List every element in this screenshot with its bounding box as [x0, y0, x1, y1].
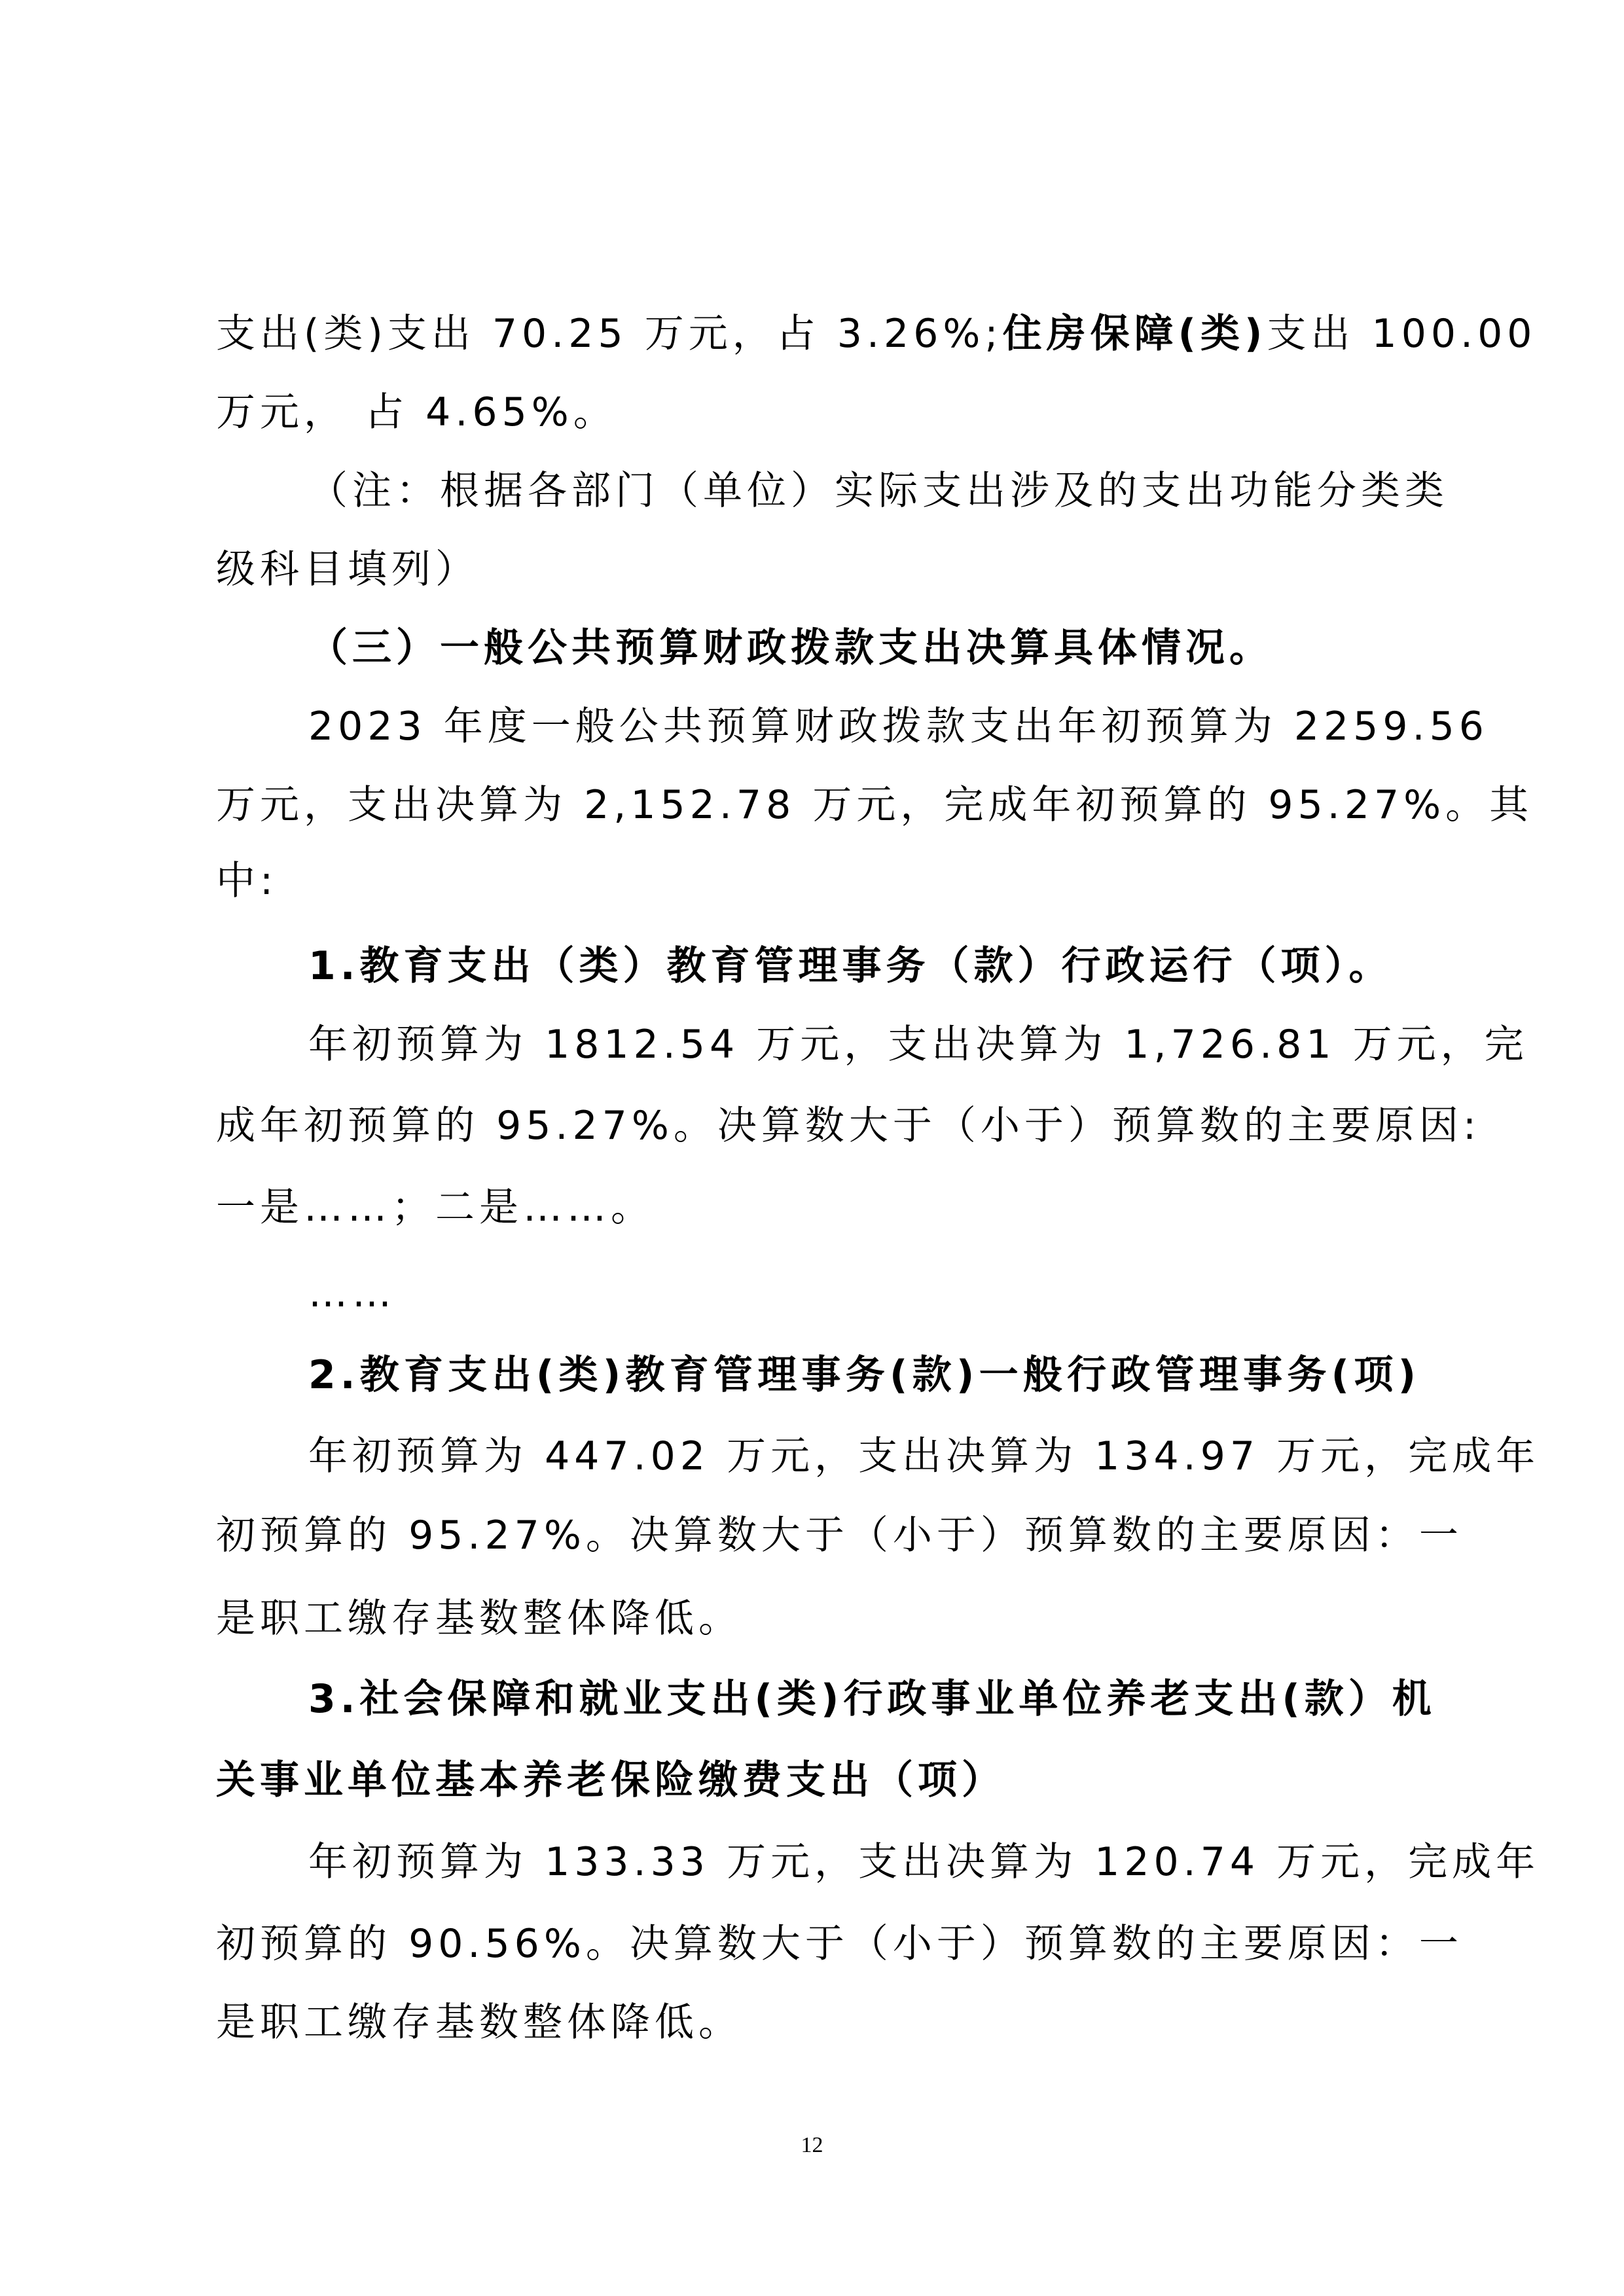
item-1-line-3: 一是……；二是……。 [216, 1176, 1420, 1239]
page-number: 12 [0, 2126, 1624, 2165]
note-line-2: 级科目填列） [216, 538, 1420, 601]
item-3-line-2: 初预算的 90.56%。决算数大于（小于）预算数的主要原因：一 [216, 1912, 1420, 1975]
item-2-line-2: 初预算的 95.27%。决算数大于（小于）预算数的主要原因：一 [216, 1504, 1420, 1567]
item-2-line-3: 是职工缴存基数整体降低。 [216, 1587, 1420, 1650]
paragraph-line-2: 万元， 占 4.65%。 [216, 381, 1420, 444]
section-heading-3: （三）一般公共预算财政拨款支出决算具体情况。 [216, 617, 1420, 679]
text-segment: 支出(类)支出 70.25 万元，占 3.26%; [216, 311, 1003, 357]
item-3-line-3: 是职工缴存基数整体降低。 [216, 1991, 1420, 2054]
item-1-line-2: 成年初预算的 95.27%。决算数大于（小于）预算数的主要原因: [216, 1094, 1420, 1157]
housing-category-label: 住房保障(类) [1003, 311, 1267, 357]
summary-line-3: 中: [216, 850, 1420, 912]
summary-line-2: 万元，支出决算为 2,152.78 万元，完成年初预算的 95.27%。其 [216, 774, 1420, 836]
item-1-heading: 1.教育支出（类）教育管理事务（款）行政运行（项）。 [216, 935, 1420, 997]
text-segment: 支出 100.00 [1267, 311, 1536, 357]
item-3-line-1: 年初预算为 133.33 万元，支出决算为 120.74 万元，完成年 [216, 1831, 1420, 1893]
paragraph-line-1: 支出(类)支出 70.25 万元，占 3.26%;住房保障(类)支出 100.0… [216, 302, 1420, 365]
item-3-heading-2: 关事业单位基本养老保险缴费支出（项） [216, 1749, 1420, 1812]
summary-line-1: 2023 年度一般公共预算财政拨款支出年初预算为 2259.56 [216, 695, 1420, 758]
item-1-line-1: 年初预算为 1812.54 万元，支出决算为 1,726.81 万元，完 [216, 1013, 1420, 1076]
ellipsis-line: …… [216, 1262, 1420, 1325]
item-2-line-1: 年初预算为 447.02 万元，支出决算为 134.97 万元，完成年 [216, 1425, 1420, 1488]
item-3-heading-1: 3.社会保障和就业支出(类)行政事业单位养老支出(款）机 [216, 1668, 1420, 1731]
note-line-1: （注：根据各部门（单位）实际支出涉及的支出功能分类类 [216, 459, 1420, 522]
document-page: 支出(类)支出 70.25 万元，占 3.26%;住房保障(类)支出 100.0… [0, 0, 1624, 2296]
item-2-heading: 2.教育支出(类)教育管理事务(款)一般行政管理事务(项) [216, 1344, 1420, 1407]
